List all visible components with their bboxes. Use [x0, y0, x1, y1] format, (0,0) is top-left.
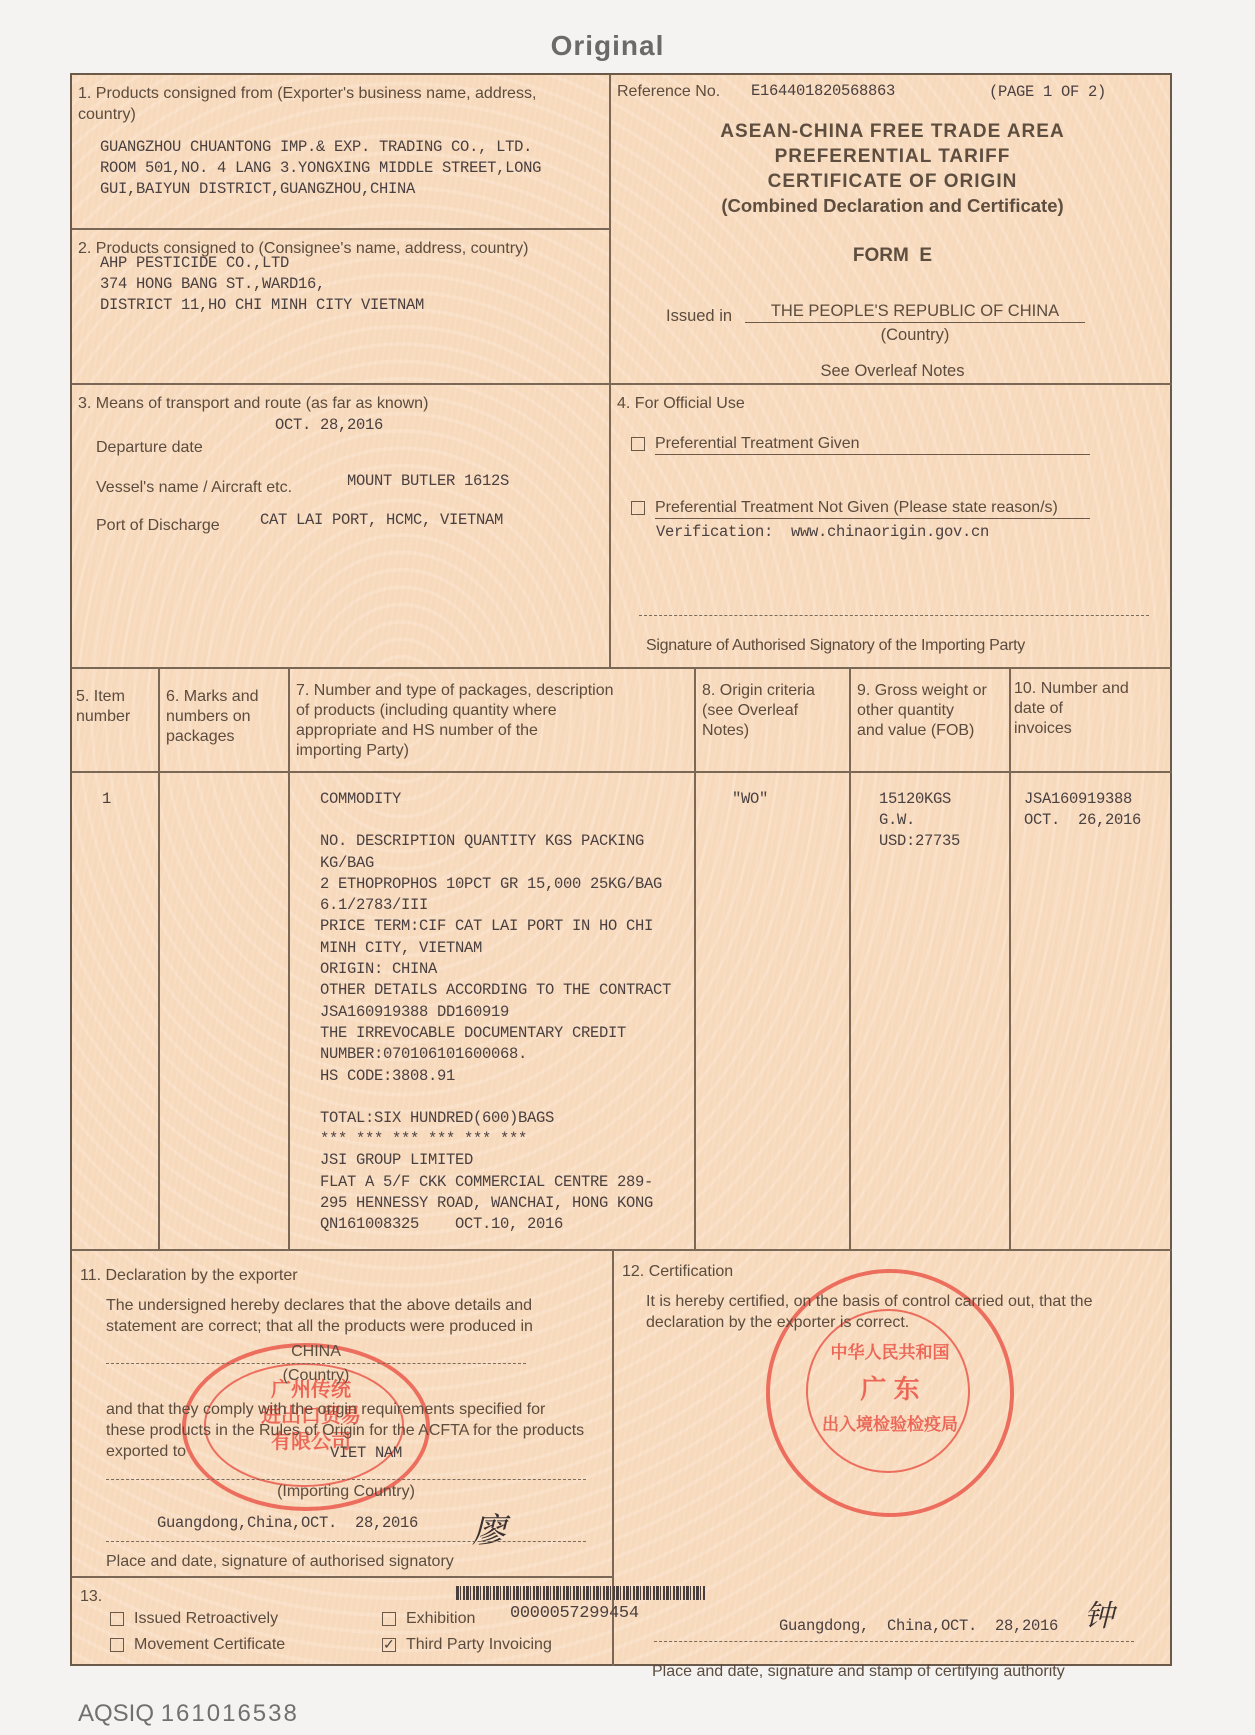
- preferential-given-checkbox[interactable]: [631, 437, 645, 451]
- certificate-title: ASEAN-CHINA FREE TRADE AREA PREFERENTIAL…: [611, 119, 1174, 194]
- origin-country: CHINA: [106, 1341, 526, 1362]
- header-block: Reference No. E164401820568863 (PAGE 1 O…: [609, 75, 1172, 383]
- barcode-number: 0000057299454: [510, 1603, 639, 1624]
- aqsiq-prefix: AQSIQ: [78, 1700, 154, 1727]
- header-origin-criteria: 8. Origin criteria (see Overleaf Notes): [702, 681, 847, 741]
- document-heading: Original: [0, 30, 1235, 62]
- header-invoices: 10. Number and date of invoices: [1014, 679, 1172, 739]
- box-4-label: 4. For Official Use: [617, 393, 745, 414]
- preferential-not-given-option[interactable]: Preferential Treatment Not Given (Please…: [631, 497, 1101, 519]
- exporter-place-date: Guangdong,China,OCT. 28,2016: [157, 1513, 418, 1534]
- invoice-number: JSA160919388: [1024, 789, 1141, 810]
- invoice-date: OCT. 26,2016: [1024, 810, 1141, 831]
- importing-signature-caption: Signature of Authorised Signatory of the…: [646, 635, 1025, 656]
- third-party-invoicing-checkbox[interactable]: [382, 1638, 396, 1652]
- description-line: OTHER DETAILS ACCORDING TO THE CONTRACT: [320, 980, 671, 1001]
- header-marks: 6. Marks and numbers on packages: [166, 687, 286, 747]
- issued-in-label: Issued in: [666, 306, 732, 327]
- description-line: COMMODITY: [320, 789, 671, 810]
- header-description: 7. Number and type of packages, descript…: [296, 681, 691, 761]
- exhibition-option[interactable]: Exhibition: [382, 1608, 475, 1629]
- movement-certificate-checkbox[interactable]: [110, 1638, 124, 1652]
- description-line: PRICE TERM:CIF CAT LAI PORT IN HO CHI: [320, 916, 671, 937]
- authority-place-date: Guangdong, China,OCT. 28,2016: [779, 1616, 1058, 1637]
- authority-signature: 钟: [1084, 1591, 1114, 1635]
- certificate-subtitle: (Combined Declaration and Certificate): [611, 195, 1174, 217]
- page-indicator: (PAGE 1 OF 2): [989, 82, 1106, 103]
- title-line: CERTIFICATE OF ORIGIN: [611, 169, 1174, 194]
- exporter-line: GUI,BAIYUN DISTRICT,GUANGZHOU,CHINA: [100, 179, 541, 200]
- importing-signature-line: [639, 615, 1149, 616]
- description-line: HS CODE:3808.91: [320, 1066, 671, 1087]
- exporter-signature: 廖: [472, 1503, 506, 1552]
- gross-weight-line: G.W.: [879, 810, 960, 831]
- reference-label: Reference No.: [617, 81, 720, 102]
- box-2-consignee: 2. Products consigned to (Consignee's na…: [72, 228, 609, 383]
- barcode: [456, 1586, 706, 1600]
- description-line: FLAT A 5/F CKK COMMERCIAL CENTRE 289-: [320, 1172, 671, 1193]
- box-11-label: 11. Declaration by the exporter: [80, 1265, 298, 1286]
- exhibition-checkbox[interactable]: [382, 1612, 396, 1626]
- header-gross-weight: 9. Gross weight or other quantity and va…: [857, 681, 1007, 741]
- exporter-line: GUANGZHOU CHUANTONG IMP.& EXP. TRADING C…: [100, 137, 541, 158]
- origin-country-caption: (Country): [106, 1365, 526, 1386]
- aqsiq-value: 161016538: [161, 1700, 299, 1727]
- description-line: QN161008325 OCT.10, 2016: [320, 1214, 671, 1235]
- authority-stamp-cn: 中华人民共和国 广 东 出入境检验检疫局: [810, 1335, 970, 1443]
- title-line: PREFERENTIAL TARIFF: [611, 144, 1174, 169]
- gross-weight-line: 15120KGS: [879, 789, 960, 810]
- preferential-given-option[interactable]: Preferential Treatment Given: [631, 433, 1101, 455]
- overleaf-notes: See Overleaf Notes: [611, 361, 1174, 382]
- exporter-line: ROOM 501,NO. 4 LANG 3.YONGXING MIDDLE ST…: [100, 158, 541, 179]
- origin-criteria-cell: "WO": [732, 789, 768, 810]
- consignee-line: AHP PESTICIDE CO.,LTD: [100, 253, 424, 274]
- importing-country-caption: (Importing Country): [106, 1481, 586, 1502]
- exporter-signature-caption: Place and date, signature of authorised …: [106, 1551, 454, 1572]
- issued-in-country: THE PEOPLE'S REPUBLIC OF CHINA: [745, 301, 1085, 323]
- goods-table: 5. Item number 6. Marks and numbers on p…: [72, 667, 1172, 1249]
- issued-retroactively-checkbox[interactable]: [110, 1612, 124, 1626]
- box-1-exporter: 1. Products consigned from (Exporter's b…: [72, 75, 609, 228]
- consignee-line: 374 HONG BANG ST.,WARD16,: [100, 274, 424, 295]
- port-label: Port of Discharge: [96, 515, 220, 536]
- issued-retroactively-option[interactable]: Issued Retroactively: [110, 1608, 278, 1629]
- box-1-label: 1. Products consigned from (Exporter's b…: [78, 83, 598, 125]
- description-line: NO. DESCRIPTION QUANTITY KGS PACKING: [320, 831, 671, 852]
- departure-date-label: Departure date: [96, 437, 203, 458]
- invoice-cell: JSA160919388 OCT. 26,2016: [1024, 789, 1141, 831]
- certification-text: It is hereby certified, on the basis of …: [646, 1291, 1146, 1333]
- importing-country: VIET NAM: [330, 1443, 402, 1464]
- title-line: ASEAN-CHINA FREE TRADE AREA: [611, 119, 1174, 144]
- description-line: KG/BAG: [320, 853, 671, 874]
- description-line: JSI GROUP LIMITED: [320, 1150, 671, 1171]
- description-cell: COMMODITYNO. DESCRIPTION QUANTITY KGS PA…: [320, 789, 671, 1236]
- certificate-form: 1. Products consigned from (Exporter's b…: [70, 73, 1172, 1666]
- consignee-line: DISTRICT 11,HO CHI MINH CITY VIETNAM: [100, 295, 424, 316]
- consignee-address: AHP PESTICIDE CO.,LTD 374 HONG BANG ST.,…: [100, 253, 424, 316]
- movement-certificate-option[interactable]: Movement Certificate: [110, 1634, 285, 1655]
- item-number-cell: 1: [102, 789, 111, 810]
- verification-url: Verification: www.chinaorigin.gov.cn: [656, 522, 989, 543]
- header-item-number: 5. Item number: [76, 687, 156, 727]
- box-11-declaration: 广州传统 进出口贸易 有限公司 11. Declaration by the e…: [72, 1249, 612, 1576]
- authority-signature-caption: Place and date, signature and stamp of c…: [652, 1661, 1065, 1682]
- box-3-transport: 3. Means of transport and route (as far …: [72, 383, 609, 667]
- issued-in-caption: (Country): [745, 325, 1085, 346]
- description-line: 6.1/2783/III: [320, 895, 671, 916]
- form-name: FORM E: [611, 245, 1174, 267]
- box-3-label: 3. Means of transport and route (as far …: [78, 393, 428, 414]
- preferential-given-label: Preferential Treatment Given: [655, 433, 1090, 455]
- vessel-label: Vessel's name / Aircraft etc.: [96, 477, 292, 498]
- description-line: 295 HENNESSY ROAD, WANCHAI, HONG KONG: [320, 1193, 671, 1214]
- gross-weight-line: USD:27735: [879, 831, 960, 852]
- third-party-invoicing-option[interactable]: Third Party Invoicing: [382, 1634, 552, 1655]
- description-line: THE IRREVOCABLE DOCUMENTARY CREDIT: [320, 1023, 671, 1044]
- reference-number: E164401820568863: [751, 81, 895, 102]
- exporter-address: GUANGZHOU CHUANTONG IMP.& EXP. TRADING C…: [100, 137, 541, 200]
- description-line: ORIGIN: CHINA: [320, 959, 671, 980]
- box-12-certification: 中华人民共和国 广 东 出入境检验检疫局 12. Certification I…: [612, 1249, 1172, 1666]
- description-line: [320, 810, 671, 831]
- description-line: [320, 1087, 671, 1108]
- box-12-label: 12. Certification: [622, 1261, 733, 1282]
- description-line: 2 ETHOPROPHOS 10PCT GR 15,000 25KG/BAG: [320, 874, 671, 895]
- description-line: MINH CITY, VIETNAM: [320, 938, 671, 959]
- box-4-official-use: 4. For Official Use Preferential Treatme…: [609, 383, 1172, 667]
- description-line: NUMBER:070106101600068.: [320, 1044, 671, 1065]
- box-13-label: 13.: [80, 1586, 102, 1607]
- departure-date-value: OCT. 28,2016: [275, 415, 383, 436]
- aqsiq-number: AQSIQ 161016538: [78, 1700, 299, 1728]
- vessel-value: MOUNT BUTLER 1612S: [347, 471, 509, 492]
- preferential-not-given-label: Preferential Treatment Not Given (Please…: [655, 497, 1090, 519]
- gross-weight-cell: 15120KGS G.W. USD:27735: [879, 789, 960, 852]
- declaration-text-1: The undersigned hereby declares that the…: [106, 1295, 576, 1337]
- port-value: CAT LAI PORT, HCMC, VIETNAM: [260, 510, 503, 531]
- preferential-not-given-checkbox[interactable]: [631, 501, 645, 515]
- description-line: *** *** *** *** *** ***: [320, 1129, 671, 1150]
- description-line: TOTAL:SIX HUNDRED(600)BAGS: [320, 1108, 671, 1129]
- description-line: JSA160919388 DD160919: [320, 1002, 671, 1023]
